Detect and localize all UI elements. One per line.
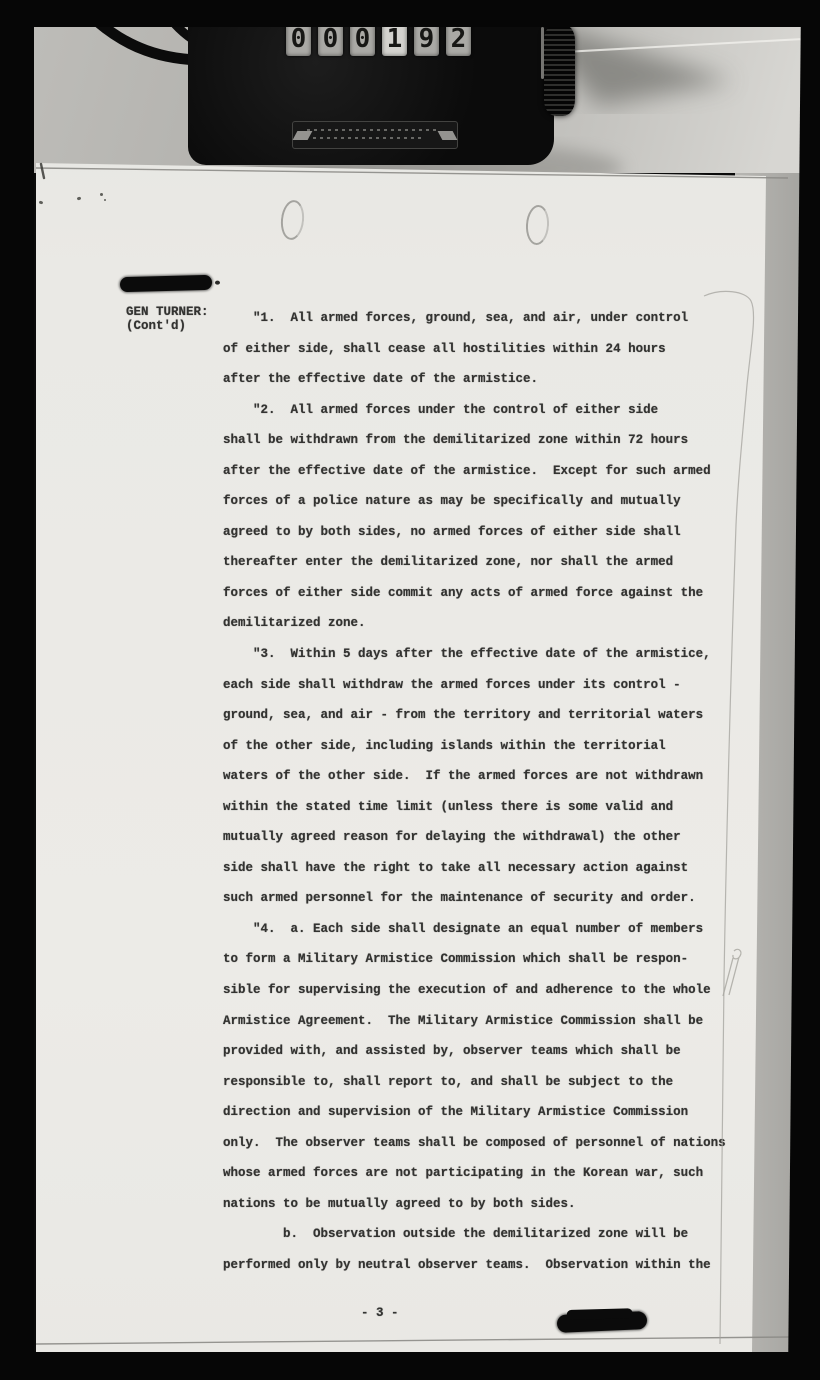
punch-hole <box>525 204 551 246</box>
text-line: demilitarized zone. <box>223 608 763 639</box>
advance-knob <box>544 24 575 116</box>
text-line: of the other side, including islands wit… <box>223 731 763 762</box>
text-line: whose armed forces are not participating… <box>223 1158 763 1189</box>
text-line: "2. All armed forces under the control o… <box>223 395 763 426</box>
text-line: of either side, shall cease all hostilit… <box>223 334 763 365</box>
text-line: direction and supervision of the Militar… <box>223 1097 763 1128</box>
ink-speck <box>100 193 103 196</box>
page-number: - 3 - <box>361 1306 399 1320</box>
microfilm-scan: GEN TURNER: (Cont'd) "1. All armed force… <box>0 0 820 1380</box>
plate-clip <box>438 131 458 140</box>
speaker-contd: (Cont'd) <box>126 319 186 333</box>
page-content: GEN TURNER: (Cont'd) "1. All armed force… <box>0 0 820 1380</box>
text-line: ground, sea, and air - from the territor… <box>223 700 763 731</box>
text-line: forces of a police nature as may be spec… <box>223 486 763 517</box>
device-label-plate <box>292 121 458 149</box>
text-line: within the stated time limit (unless the… <box>223 792 763 823</box>
text-line: agreed to by both sides, no armed forces… <box>223 517 763 548</box>
ink-speck <box>39 200 44 204</box>
typed-text-block: "1. All armed forces, ground, sea, and a… <box>223 303 763 1281</box>
knob-highlight <box>541 27 544 79</box>
text-line: "4. a. Each side shall designate an equa… <box>223 914 763 945</box>
text-line: nations to be mutually agreed to by both… <box>223 1189 763 1220</box>
redaction-mark <box>120 275 212 292</box>
text-line: waters of the other side. If the armed f… <box>223 761 763 792</box>
text-line: "3. Within 5 days after the effective da… <box>223 639 763 670</box>
text-line: performed only by neutral observer teams… <box>223 1250 763 1281</box>
speaker-name: GEN TURNER: <box>126 305 209 319</box>
film-frame-bottom <box>0 1352 820 1380</box>
text-line: "1. All armed forces, ground, sea, and a… <box>223 303 763 334</box>
redaction-mark <box>557 1311 648 1333</box>
text-line: side shall have the right to take all ne… <box>223 853 763 884</box>
text-line: such armed personnel for the maintenance… <box>223 883 763 914</box>
speaker-label: GEN TURNER: (Cont'd) <box>126 306 209 333</box>
ink-speck <box>77 197 82 201</box>
page-top-edge <box>36 168 788 178</box>
text-line: Armistice Agreement. The Military Armist… <box>223 1006 763 1037</box>
punch-hole <box>279 199 306 241</box>
text-line: sible for supervising the execution of a… <box>223 975 763 1006</box>
plate-clip <box>293 131 313 140</box>
text-line: forces of either side commit any acts of… <box>223 578 763 609</box>
ink-speck <box>104 199 106 201</box>
text-line: responsible to, shall report to, and sha… <box>223 1067 763 1098</box>
text-line: b. Observation outside the demilitarized… <box>223 1219 763 1250</box>
page-bottom-edge <box>36 1337 790 1344</box>
plate-engraving <box>313 137 423 139</box>
text-line: shall be withdrawn from the demilitarize… <box>223 425 763 456</box>
text-line: after the effective date of the armistic… <box>223 456 763 487</box>
film-frame-top <box>0 0 820 27</box>
text-line: mutually agreed reason for delaying the … <box>223 822 763 853</box>
text-line: only. The observer teams shall be compos… <box>223 1128 763 1159</box>
film-frame-left <box>0 0 34 1380</box>
ink-tick-mark <box>41 164 44 178</box>
text-line: thereafter enter the demilitarized zone,… <box>223 547 763 578</box>
text-line: provided with, and assisted by, observer… <box>223 1036 763 1067</box>
text-line: after the effective date of the armistic… <box>223 364 763 395</box>
text-line: each side shall withdraw the armed force… <box>223 670 763 701</box>
text-line: to form a Military Armistice Commission … <box>223 944 763 975</box>
plate-engraving <box>307 129 439 131</box>
